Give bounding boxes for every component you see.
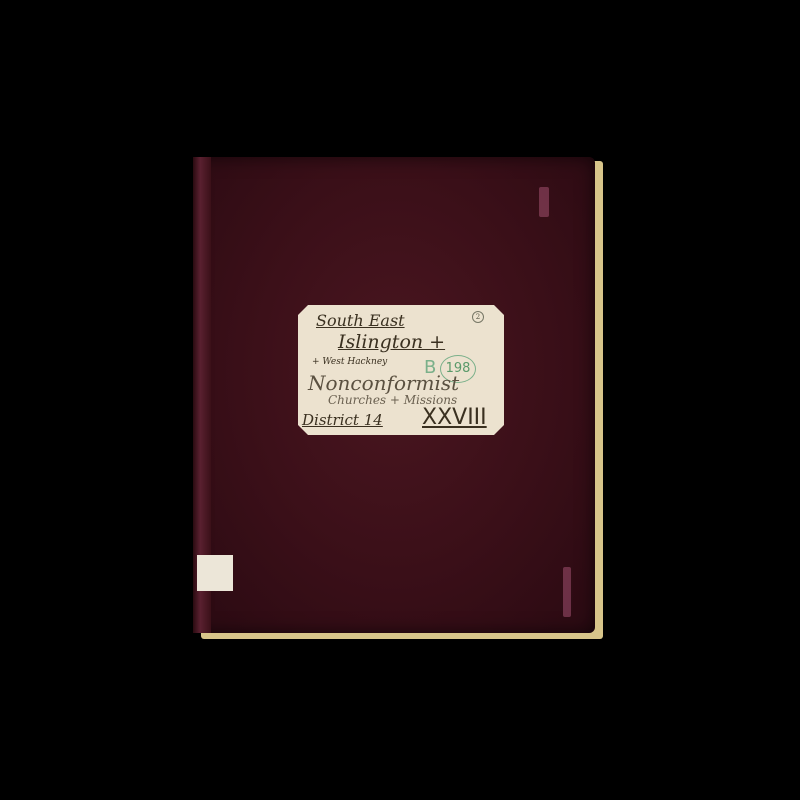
label-district: District 14 [302, 411, 383, 429]
label-line-3: + West Hackney [312, 357, 387, 367]
label-volume: XXVIII [422, 405, 487, 430]
label-line-2: Islington + [338, 331, 445, 353]
wear-mark [539, 187, 549, 217]
cover-label: 2 South East Islington + + West Hackney … [298, 305, 504, 435]
label-line-4: Nonconformist [308, 371, 459, 395]
spine-sticker [197, 555, 233, 591]
label-line-1: South East [316, 311, 405, 330]
notebook-cover: 2 South East Islington + + West Hackney … [193, 157, 595, 633]
notebook: 2 South East Islington + + West Hackney … [193, 157, 605, 640]
corner-number: 2 [472, 311, 484, 323]
wear-mark [563, 567, 571, 617]
